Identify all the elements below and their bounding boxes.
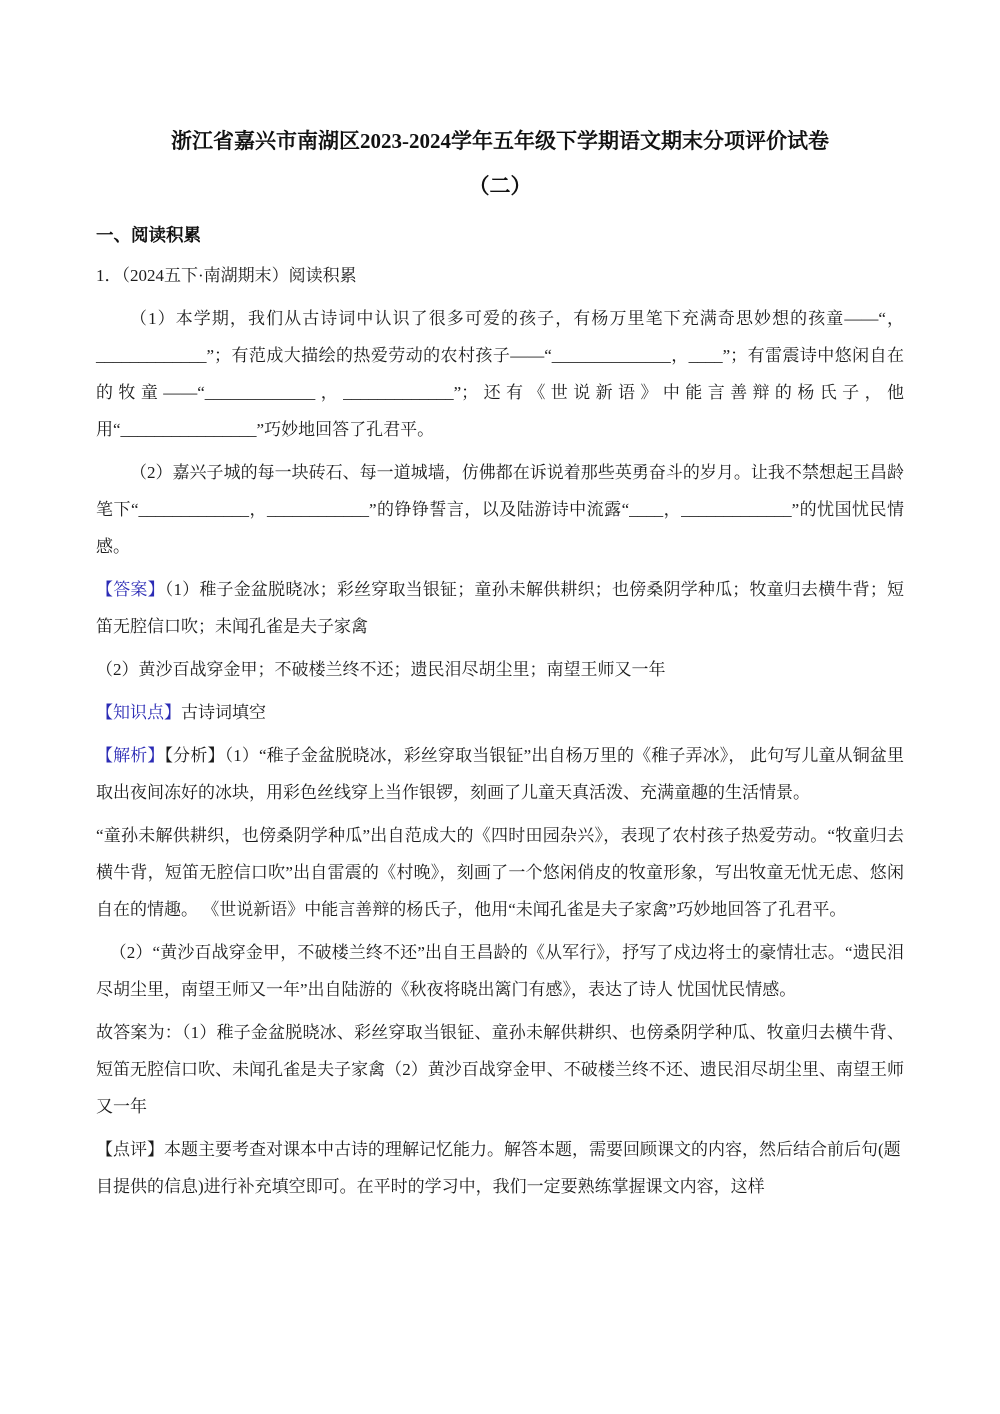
- knowledge-point-label: 【知识点】: [96, 703, 181, 722]
- exam-paper-page: 浙江省嘉兴市南湖区2023-2024学年五年级下学期语文期末分项评价试卷 （二）…: [0, 0, 1000, 1414]
- answer-part-2: （2）黄沙百战穿金甲；不破楼兰终不还；遗民泪尽胡尘里；南望王师又一年: [96, 651, 904, 688]
- knowledge-point-text: 古诗词填空: [181, 703, 266, 722]
- section-heading: 一、阅读积累: [96, 222, 904, 247]
- analysis-paragraph-3: （2）“黄沙百战穿金甲，不破楼兰终不还”出自王昌龄的《从军行》，抒写了戍边将士的…: [96, 934, 904, 1008]
- page-title: 浙江省嘉兴市南湖区2023-2024学年五年级下学期语文期末分项评价试卷: [96, 126, 904, 156]
- question-number-line: 1．（2024五下·南湖期末）阅读积累: [96, 257, 904, 294]
- answer-part-1: （1）稚子金盆脱晓冰；彩丝穿取当银钲；童孙未解供耕织；也傍桑阴学种瓜；牧童归去横…: [96, 580, 904, 636]
- answer-block: 【答案】（1）稚子金盆脱晓冰；彩丝穿取当银钲；童孙未解供耕织；也傍桑阴学种瓜；牧…: [96, 571, 904, 645]
- comment-text: 本题主要考查对课本中古诗的理解记忆能力。解答本题，需要回顾课文的内容，然后结合前…: [96, 1140, 901, 1196]
- answer-label: 【答案】: [96, 580, 165, 599]
- analysis-paragraph-2: “童孙未解供耕织，也傍桑阴学种瓜”出自范成大的《四时田园杂兴》，表现了农村孩子热…: [96, 817, 904, 928]
- question-part-2: （2）嘉兴子城的每一块砖石、每一道城墙，仿佛都在诉说着那些英勇奋斗的岁月。让我不…: [96, 454, 904, 565]
- question-part-1: （1）本学期，我们从古诗词中认识了很多可爱的孩子，有杨万里笔下充满奇思妙想的孩童…: [96, 300, 904, 448]
- page-subtitle: （二）: [96, 170, 904, 200]
- analysis-paragraph-1: 【解析】【分析】（1）“稚子金盆脱晓冰，彩丝穿取当银钲”出自杨万里的《稚子弄冰》…: [96, 737, 904, 811]
- analysis-label: 【解析】: [96, 746, 165, 765]
- analysis-text-1: 【分析】（1）“稚子金盆脱晓冰，彩丝穿取当银钲”出自杨万里的《稚子弄冰》， 此句…: [96, 746, 904, 802]
- knowledge-point-block: 【知识点】古诗词填空: [96, 694, 904, 731]
- comment-label: 【点评】: [96, 1140, 164, 1159]
- comment-block: 【点评】本题主要考查对课本中古诗的理解记忆能力。解答本题，需要回顾课文的内容，然…: [96, 1131, 904, 1205]
- analysis-conclusion: 故答案为：（1）稚子金盆脱晓冰、彩丝穿取当银钲、童孙未解供耕织、也傍桑阴学种瓜、…: [96, 1014, 904, 1125]
